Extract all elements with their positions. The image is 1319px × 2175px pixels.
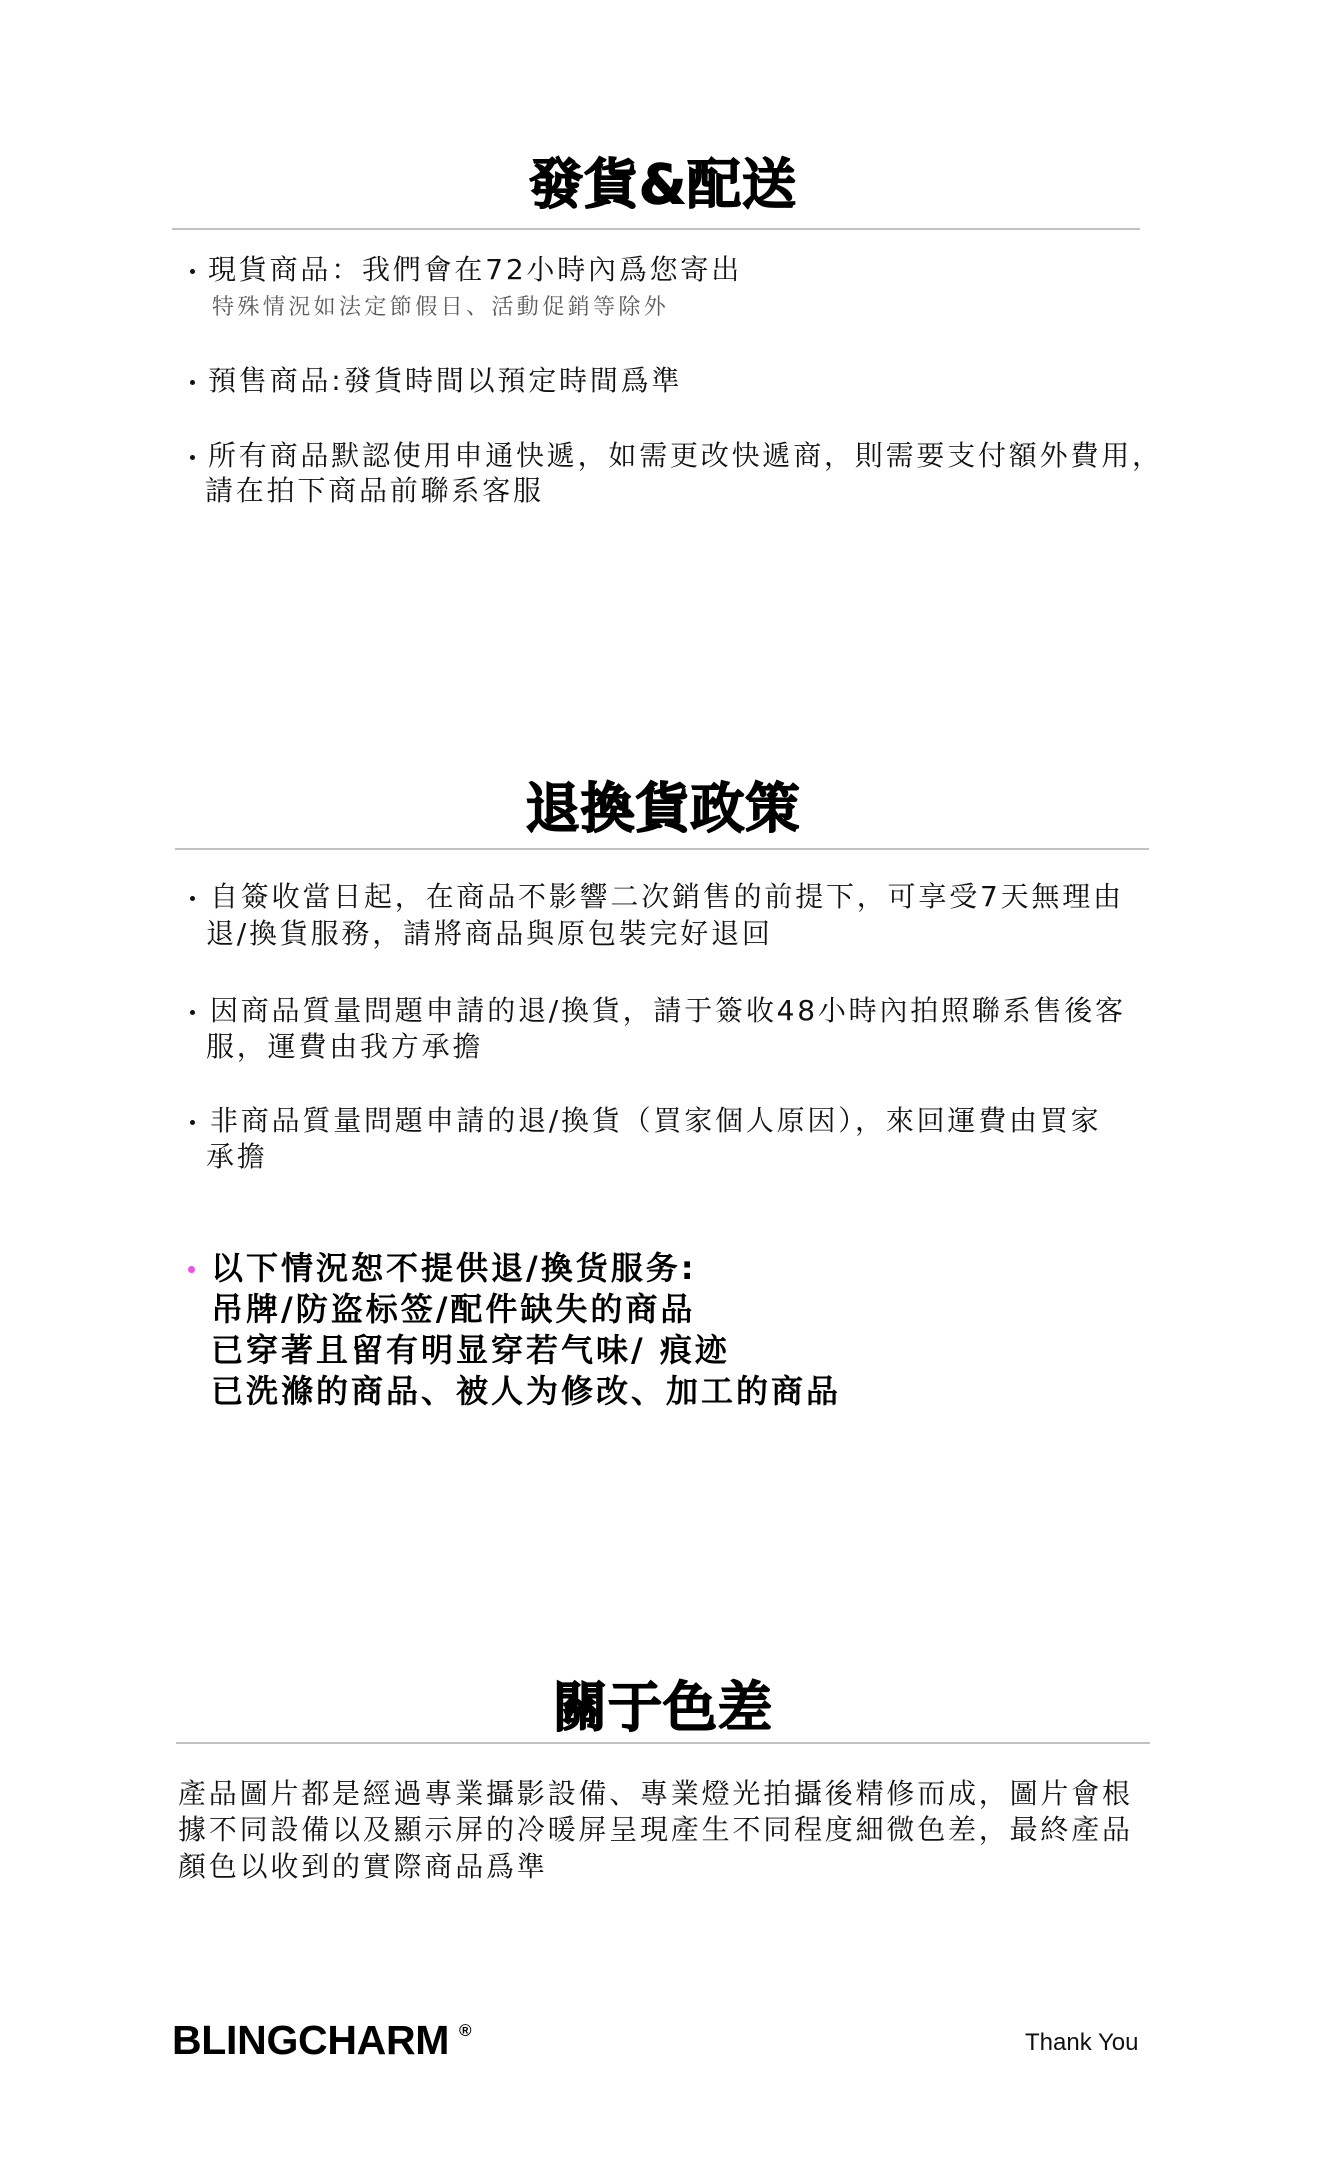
thank-you-text: Thank You (1025, 2031, 1138, 2055)
color-difference-divider (176, 1742, 1150, 1744)
paragraph-line: 產品圖片都是經過專業攝影設備、專業燈光拍攝後精修而成，圖片會根 (178, 1776, 1133, 1812)
bullet-dot-icon (190, 380, 195, 385)
exclusions-heading: 以下情況恕不提供退/換货服务: (211, 1248, 697, 1289)
paragraph-line: 顏色以收到的實際商品爲準 (178, 1849, 548, 1885)
bullet-text-continued: 承擔 (206, 1139, 268, 1175)
bullet-text: 現貨商品：我們會在72小時內爲您寄出 (208, 252, 742, 288)
bullet-text-continued: 退/換貨服務，請將商品與原包裝完好退回 (206, 916, 773, 952)
pink-bullet-icon (188, 1266, 195, 1273)
returns-title: 退換貨政策 (0, 777, 1319, 841)
policy-page: 發貨&配送 現貨商品：我們會在72小時內爲您寄出 特殊情況如法定節假日、活動促銷… (0, 0, 1319, 2175)
exclusion-item: 已洗滌的商品、被人为修改、加工的商品 (211, 1371, 841, 1412)
shipping-divider (172, 228, 1140, 230)
bullet-dot-icon (190, 269, 195, 274)
bullet-text: 因商品質量問題申請的退/換貨，請于簽收48小時內拍照聯系售後客 (210, 993, 1126, 1029)
shipping-title: 發貨&配送 (0, 153, 1319, 217)
bullet-text: 非商品質量問題申請的退/換貨（買家個人原因），來回運費由買家 (210, 1103, 1101, 1139)
bullet-dot-icon (190, 1010, 195, 1015)
exclusion-item: 吊牌/防盗标签/配件缺失的商品 (211, 1289, 695, 1330)
bullet-dot-icon (190, 1120, 195, 1125)
bullet-dot-icon (190, 455, 195, 460)
bullet-text-continued: 服，運費由我方承擔 (206, 1029, 483, 1065)
bullet-text-continued: 請在拍下商品前聯系客服 (205, 473, 544, 509)
bullet-dot-icon (190, 896, 195, 901)
registered-mark-icon: ® (459, 2022, 472, 2039)
bullet-text: 預售商品:發貨時間以預定時間爲準 (208, 363, 682, 399)
bullet-text: 所有商品默認使用申通快遞，如需更改快遞商，則需要支付額外費用， (208, 438, 1163, 474)
returns-divider (175, 848, 1149, 850)
color-difference-title: 關于色差 (0, 1676, 1319, 1740)
exclusion-item: 已穿著且留有明显穿若气味/ 痕迹 (211, 1330, 730, 1371)
bullet-note: 特殊情況如法定節假日、活動促銷等除外 (212, 293, 669, 323)
brand-logo: BLINGCHARM (172, 2020, 449, 2061)
paragraph-line: 據不同設備以及顯示屏的冷暖屏呈現產生不同程度細微色差，最終產品 (178, 1812, 1133, 1848)
bullet-text: 自簽收當日起，在商品不影響二次銷售的前提下，可享受7天無理由 (210, 879, 1124, 915)
